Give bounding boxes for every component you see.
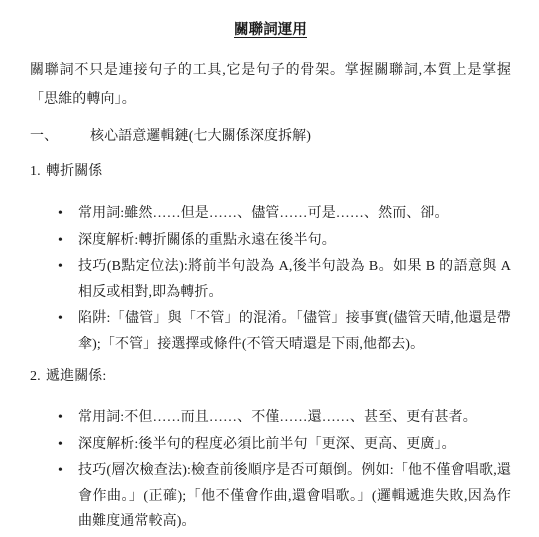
bullet-text: 深度解析:轉折關係的重點永遠在後半句。	[78, 228, 511, 254]
subsection-2-bullet-list: • 常用詞:不但……而且……、不僅……還……、甚至、更有甚者。 • 深度解析:後…	[30, 405, 511, 535]
intro-paragraph: 關聯詞不只是連接句子的工具,它是句子的骨架。掌握關聯詞,本質上是掌握「思維的轉向…	[30, 57, 511, 114]
list-item: • 常用詞:雖然……但是……、儘管……可是……、然而、卻。	[30, 201, 511, 227]
section-heading: 一、 核心語意邏輯鏈(七大關係深度拆解)	[30, 126, 511, 148]
subsection-1-title: 轉折關係	[46, 161, 102, 183]
list-item: • 陷阱:「儘管」與「不管」的混淆。「儘管」接事實(儘管天晴,他還是帶傘);「不…	[30, 306, 511, 357]
page-title: 關聯詞運用	[30, 20, 511, 40]
list-item: • 常用詞:不但……而且……、不僅……還……、甚至、更有甚者。	[30, 405, 511, 431]
bullet-text: 技巧(B點定位法):將前半句設為 A,後半句設為 B。如果 B 的語意與 A 相…	[78, 254, 511, 305]
document-page: 關聯詞運用 關聯詞不只是連接句子的工具,它是句子的骨架。掌握關聯詞,本質上是掌握…	[0, 0, 539, 537]
subsection-2-title: 遞進關係:	[46, 366, 106, 388]
subsection-2-number: 2.	[30, 366, 46, 388]
bullet-icon: •	[58, 432, 78, 458]
subsection-1-bullet-list: • 常用詞:雖然……但是……、儘管……可是……、然而、卻。 • 深度解析:轉折關…	[30, 201, 511, 357]
bullet-icon: •	[58, 254, 78, 305]
list-item: • 深度解析:轉折關係的重點永遠在後半句。	[30, 228, 511, 254]
subsection-2-heading: 2. 遞進關係:	[30, 366, 511, 388]
list-item: • 技巧(層次檢查法):檢查前後順序是否可顛倒。例如:「他不僅會唱歌,還會作曲。…	[30, 458, 511, 535]
bullet-text: 常用詞:不但……而且……、不僅……還……、甚至、更有甚者。	[78, 405, 511, 431]
bullet-icon: •	[58, 201, 78, 227]
list-item: • 深度解析:後半句的程度必須比前半句「更深、更高、更廣」。	[30, 432, 511, 458]
bullet-icon: •	[58, 405, 78, 431]
section-heading-number: 一、	[30, 126, 90, 148]
bullet-text: 深度解析:後半句的程度必須比前半句「更深、更高、更廣」。	[78, 432, 511, 458]
list-item: • 技巧(B點定位法):將前半句設為 A,後半句設為 B。如果 B 的語意與 A…	[30, 254, 511, 305]
subsection-1-number: 1.	[30, 161, 46, 183]
bullet-icon: •	[58, 458, 78, 535]
section-heading-text: 核心語意邏輯鏈(七大關係深度拆解)	[90, 126, 311, 148]
bullet-icon: •	[58, 306, 78, 357]
subsection-1-heading: 1. 轉折關係	[30, 161, 511, 183]
page-title-text: 關聯詞運用	[234, 22, 307, 38]
bullet-text: 陷阱:「儘管」與「不管」的混淆。「儘管」接事實(儘管天晴,他還是帶傘);「不管」…	[78, 306, 511, 357]
bullet-text: 技巧(層次檢查法):檢查前後順序是否可顛倒。例如:「他不僅會唱歌,還會作曲。」(…	[78, 458, 511, 535]
bullet-text: 常用詞:雖然……但是……、儘管……可是……、然而、卻。	[78, 201, 511, 227]
bullet-icon: •	[58, 228, 78, 254]
